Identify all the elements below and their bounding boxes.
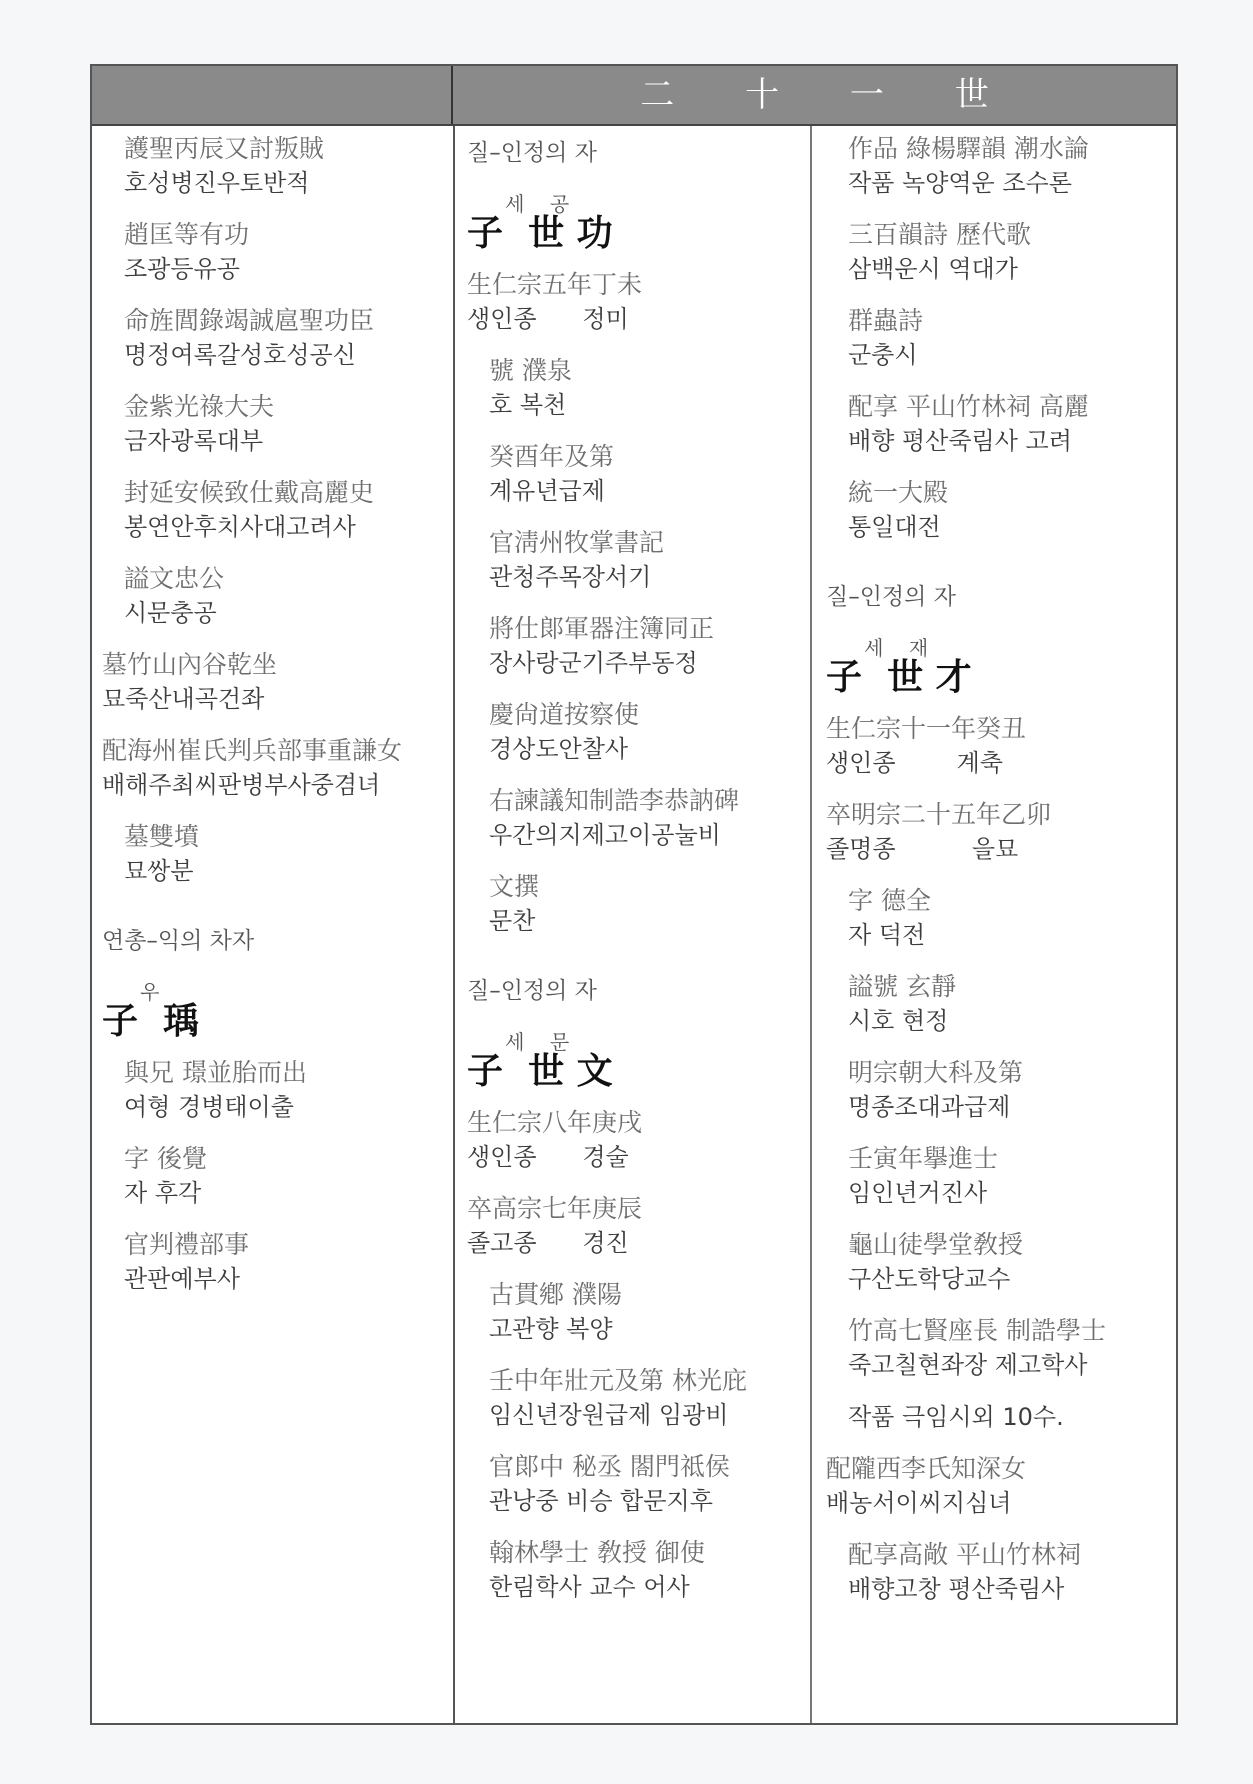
hanja-text: 龜山徒學堂敎授 [826,1228,1168,1262]
entry: 官判禮部事관판예부사 [102,1228,441,1296]
hangul-text: 임신년장원급제 임광비 [467,1398,802,1432]
hangul-text: 생인종 경술 [467,1140,802,1174]
lineage-note: 질–인정의 자 [826,580,1168,614]
entry: 生仁宗八年庚戌생인종 경술 [467,1106,802,1174]
entry: 壬寅年擧進士임인년거진사 [826,1142,1168,1210]
hangul-text: 자 후각 [102,1176,441,1210]
person-name: 세 재子 世 才 [826,632,1168,698]
hangul-text: 배향 평산죽림사 고려 [826,424,1168,458]
hanja-text: 謚號 玄靜 [826,970,1168,1004]
entry: 三百韻詩 歷代歌삼백운시 역대가 [826,218,1168,286]
entry: 配海州崔氏判兵部事重謙女배해주최씨판병부사중겸녀 [102,734,441,802]
hangul-text: 배농서이씨지심녀 [826,1486,1168,1520]
hangul-text: 경상도안찰사 [467,732,802,766]
lineage-note: 질–인정의 자 [467,136,802,170]
hangul-text: 묘쌍분 [102,854,441,888]
entry: 字 後覺자 후각 [102,1142,441,1210]
lineage-note-text: 질–인정의 자 [467,974,802,1008]
hanja-text: 竹高七賢座長 制誥學士 [826,1314,1168,1348]
entry: 配享高敞 平山竹林祠배향고창 평산죽림사 [826,1538,1168,1606]
hanja-text: 生仁宗十一年癸丑 [826,712,1168,746]
hanja-text: 右諫議知制誥李恭訥碑 [467,784,802,818]
hanja-text: 墓雙墳 [102,820,441,854]
hangul-text: 조광등유공 [102,252,441,286]
hangul-text: 묘죽산내곡건좌 [102,682,441,716]
lineage-note: 질–인정의 자 [467,974,802,1008]
hanja-text: 明宗朝大科及第 [826,1056,1168,1090]
column-3: 作品 綠楊驛韻 潮水論작품 녹양역운 조수론三百韻詩 歷代歌삼백운시 역대가群蟲… [810,126,1178,1723]
generation-title: 二 十 一 世 [453,66,1176,124]
hangul-text: 작품 극임시외 10수. [826,1400,1168,1434]
entry: 官淸州牧掌書記관청주목장서기 [467,526,802,594]
hanja-text: 文撰 [467,870,802,904]
hanja-text: 生仁宗八年庚戌 [467,1106,802,1140]
hangul-text: 임인년거진사 [826,1176,1168,1210]
person-name: 세 문子 世 文 [467,1026,802,1092]
entry: 文撰문찬 [467,870,802,938]
entry: 謚文忠公시문충공 [102,562,441,630]
entry: 命旌閭錄竭誠扈聖功臣명정여록갈성호성공신 [102,304,441,372]
hangul-text: 봉연안후치사대고려사 [102,510,441,544]
hanja-text: 統一大殿 [826,476,1168,510]
name-reading: 우 [102,976,441,1000]
table-header: 二 十 一 世 [92,66,1176,126]
hanja-text: 古貫鄕 濮陽 [467,1278,802,1312]
entry: 將仕郞軍器注簿同正장사랑군기주부동정 [467,612,802,680]
entry: 墓雙墳묘쌍분 [102,820,441,888]
entry: 生仁宗十一年癸丑생인종 계축 [826,712,1168,780]
hanja-text: 配海州崔氏判兵部事重謙女 [102,734,441,768]
genealogy-table: 二 十 一 世 護聖丙辰又討叛賊호성병진우토반적趙匡等有功조광등유공命旌閭錄竭誠… [90,64,1178,1725]
name-hanja: 子 世 功 [467,212,802,254]
entry: 卒明宗二十五年乙卯졸명종 을묘 [826,798,1168,866]
entry: 與兄 璟並胎而出여형 경병태이출 [102,1056,441,1124]
hanja-text: 配享 平山竹林祠 高麗 [826,390,1168,424]
hanja-text: 金紫光祿大夫 [102,390,441,424]
hanja-text: 壬寅年擧進士 [826,1142,1168,1176]
hangul-text: 관청주목장서기 [467,560,802,594]
hangul-text: 관판예부사 [102,1262,441,1296]
hanja-text: 字 後覺 [102,1142,441,1176]
hangul-text: 계유년급제 [467,474,802,508]
hangul-text: 작품 녹양역운 조수론 [826,166,1168,200]
person-name: 세 공子 世 功 [467,188,802,254]
entry: 趙匡等有功조광등유공 [102,218,441,286]
entry: 金紫光祿大夫금자광록대부 [102,390,441,458]
entry: 字 德全자 덕전 [826,884,1168,952]
hangul-text: 생인종 정미 [467,302,802,336]
hangul-text: 시호 현정 [826,1004,1168,1038]
hanja-text: 卒明宗二十五年乙卯 [826,798,1168,832]
hanja-text: 生仁宗五年丁未 [467,268,802,302]
hanja-text: 謚文忠公 [102,562,441,596]
column-1: 護聖丙辰又討叛賊호성병진우토반적趙匡等有功조광등유공命旌閭錄竭誠扈聖功臣명정여록… [92,126,451,1723]
hangul-text: 명종조대과급제 [826,1090,1168,1124]
hangul-text: 졸고종 경진 [467,1226,802,1260]
hangul-text: 호성병진우토반적 [102,166,441,200]
entry: 配享 平山竹林祠 高麗배향 평산죽림사 고려 [826,390,1168,458]
hangul-text: 삼백운시 역대가 [826,252,1168,286]
hangul-text: 한림학사 교수 어사 [467,1570,802,1604]
entry: 號 濮泉호 복천 [467,354,802,422]
entry: 統一大殿통일대전 [826,476,1168,544]
hangul-text: 문찬 [467,904,802,938]
hanja-text: 官判禮部事 [102,1228,441,1262]
lineage-note-text: 질–인정의 자 [826,580,1168,614]
hangul-text: 금자광록대부 [102,424,441,458]
hanja-text: 翰林學士 敎授 御使 [467,1536,802,1570]
hanja-text: 配享高敞 平山竹林祠 [826,1538,1168,1572]
person-name: 우子 瑀 [102,976,441,1042]
name-hanja: 子 世 文 [467,1050,802,1092]
hangul-text: 졸명종 을묘 [826,832,1168,866]
hangul-text: 명정여록갈성호성공신 [102,338,441,372]
hanja-text: 命旌閭錄竭誠扈聖功臣 [102,304,441,338]
name-reading: 세 재 [826,632,1168,656]
entry: 壬中年壯元及第 林光庇임신년장원급제 임광비 [467,1364,802,1432]
hangul-text: 시문충공 [102,596,441,630]
entry: 古貫鄕 濮陽고관향 복양 [467,1278,802,1346]
entry: 右諫議知制誥李恭訥碑우간의지제고이공눌비 [467,784,802,852]
hangul-text: 배해주최씨판병부사중겸녀 [102,768,441,802]
entry: 官郞中 秘丞 閤門祗侯관낭중 비승 합문지후 [467,1450,802,1518]
hanja-text: 三百韻詩 歷代歌 [826,218,1168,252]
entry: 竹高七賢座長 制誥學士죽고칠현좌장 제고학사 [826,1314,1168,1382]
hangul-text: 장사랑군기주부동정 [467,646,802,680]
hanja-text: 與兄 璟並胎而出 [102,1056,441,1090]
name-reading: 세 공 [467,188,802,212]
hangul-text: 구산도학당교수 [826,1262,1168,1296]
hanja-text: 封延安候致仕戴高麗史 [102,476,441,510]
entry: 作品 綠楊驛韻 潮水論작품 녹양역운 조수론 [826,132,1168,200]
hanja-text: 官郞中 秘丞 閤門祗侯 [467,1450,802,1484]
hangul-text: 자 덕전 [826,918,1168,952]
hangul-text: 고관향 복양 [467,1312,802,1346]
lineage-note: 연총–익의 차자 [102,924,441,958]
hanja-text: 群蟲詩 [826,304,1168,338]
entry: 翰林學士 敎授 御使한림학사 교수 어사 [467,1536,802,1604]
hangul-text: 군충시 [826,338,1168,372]
hanja-text: 卒高宗七年庚辰 [467,1192,802,1226]
entry: 明宗朝大科及第명종조대과급제 [826,1056,1168,1124]
hangul-text: 우간의지제고이공눌비 [467,818,802,852]
entry: 龜山徒學堂敎授구산도학당교수 [826,1228,1168,1296]
entry: 慶尙道按察使경상도안찰사 [467,698,802,766]
hanja-text: 護聖丙辰又討叛賊 [102,132,441,166]
hangul-text: 생인종 계축 [826,746,1168,780]
hanja-text: 趙匡等有功 [102,218,441,252]
entry: 生仁宗五年丁未생인종 정미 [467,268,802,336]
hangul-text: 죽고칠현좌장 제고학사 [826,1348,1168,1382]
lineage-note-text: 연총–익의 차자 [102,924,441,958]
entry: 癸酉年及第계유년급제 [467,440,802,508]
column-2: 질–인정의 자 세 공子 世 功生仁宗五年丁未생인종 정미號 濮泉호 복천癸酉年… [453,126,812,1723]
hanja-text: 字 德全 [826,884,1168,918]
name-reading: 세 문 [467,1026,802,1050]
hanja-text: 慶尙道按察使 [467,698,802,732]
hanja-text: 將仕郞軍器注簿同正 [467,612,802,646]
hangul-text: 배향고창 평산죽림사 [826,1572,1168,1606]
hangul-text: 여형 경병태이출 [102,1090,441,1124]
hangul-text: 통일대전 [826,510,1168,544]
name-hanja: 子 世 才 [826,656,1168,698]
hanja-text: 配隴西李氏知深女 [826,1452,1168,1486]
hangul-text: 관낭중 비승 합문지후 [467,1484,802,1518]
entry: 墓竹山內谷乾坐묘죽산내곡건좌 [102,648,441,716]
hanja-text: 官淸州牧掌書記 [467,526,802,560]
entry: 護聖丙辰又討叛賊호성병진우토반적 [102,132,441,200]
hanja-text: 墓竹山內谷乾坐 [102,648,441,682]
entry: 群蟲詩군충시 [826,304,1168,372]
entry: 작품 극임시외 10수. [826,1400,1168,1434]
entry: 配隴西李氏知深女배농서이씨지심녀 [826,1452,1168,1520]
hangul-text: 호 복천 [467,388,802,422]
hanja-text: 號 濮泉 [467,354,802,388]
lineage-note-text: 질–인정의 자 [467,136,802,170]
entry: 謚號 玄靜시호 현정 [826,970,1168,1038]
hanja-text: 作品 綠楊驛韻 潮水論 [826,132,1168,166]
hanja-text: 癸酉年及第 [467,440,802,474]
hanja-text: 壬中年壯元及第 林光庇 [467,1364,802,1398]
entry: 封延安候致仕戴高麗史봉연안후치사대고려사 [102,476,441,544]
name-hanja: 子 瑀 [102,1000,441,1042]
entry: 卒高宗七年庚辰졸고종 경진 [467,1192,802,1260]
